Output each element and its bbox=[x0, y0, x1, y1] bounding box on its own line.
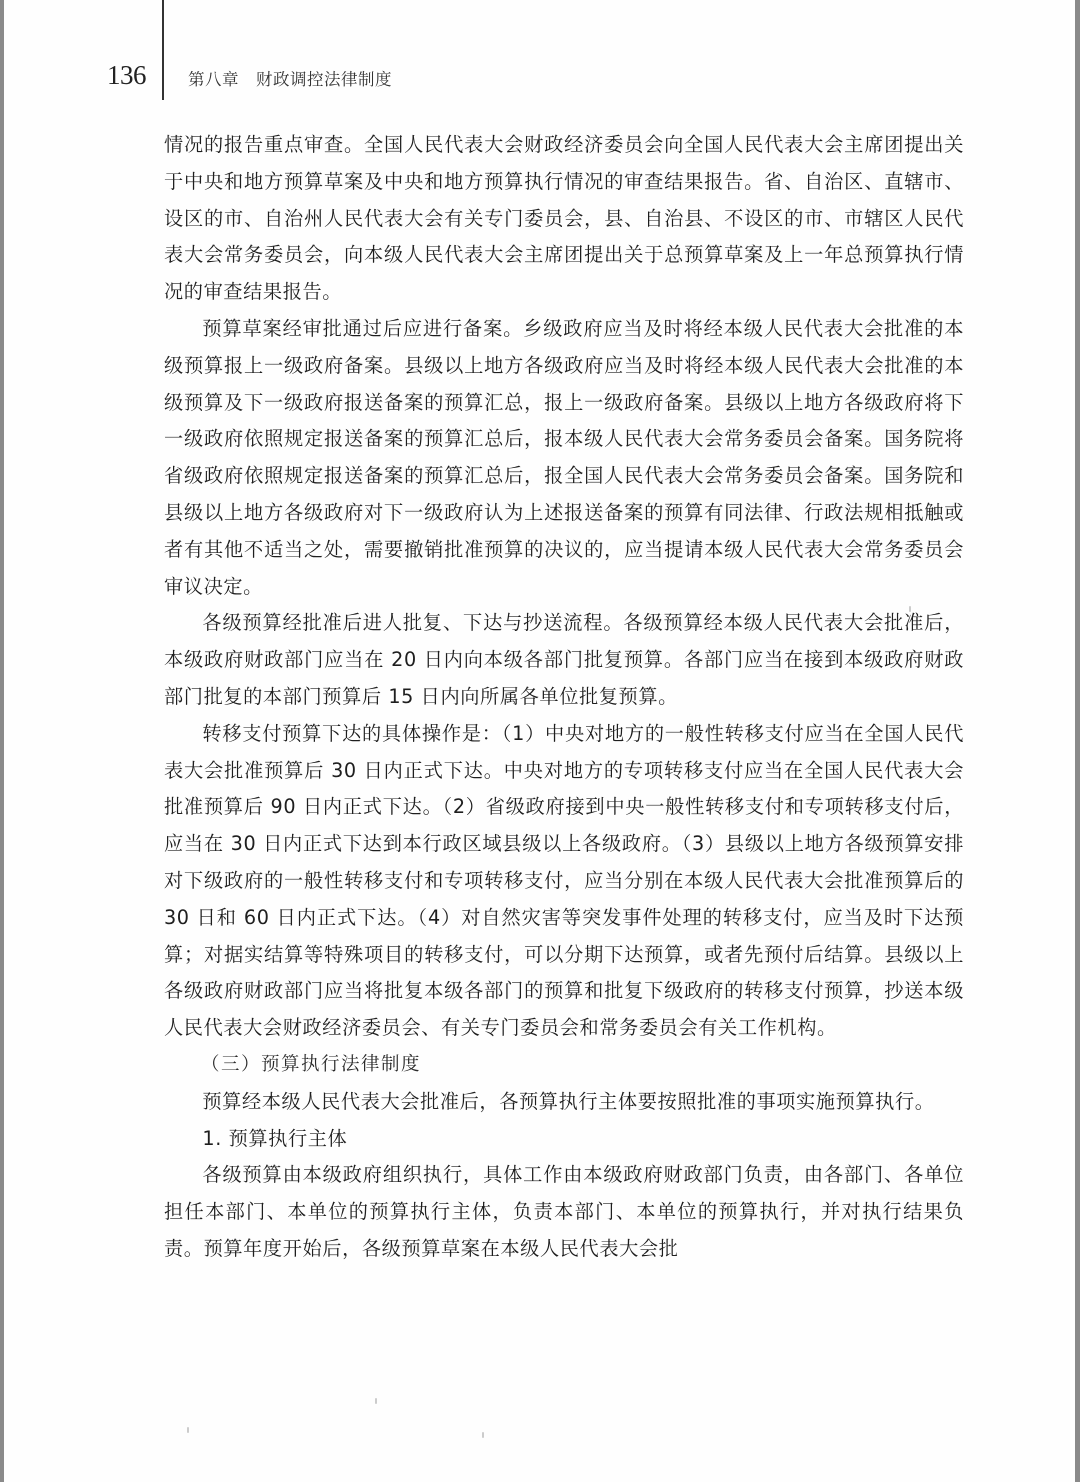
scan-speck bbox=[482, 1432, 484, 1438]
paragraph-budget-filing: 预算草案经审批通过后应进行备案。乡级政府应当及时将经本级人民代表大会批准的本级预… bbox=[164, 311, 964, 605]
book-page: 136 第八章 财政调控法律制度 情况的报告重点审查。全国人民代表大会财政经济委… bbox=[4, 0, 1075, 1482]
scan-speck bbox=[909, 606, 911, 612]
paragraph-transfer-payments: 转移支付预算下达的具体操作是：（1）中央对地方的一般性转移支付应当在全国人民代表… bbox=[164, 716, 964, 1047]
body-text: 情况的报告重点审查。全国人民代表大会财政经济委员会向全国人民代表大会主席团提出关… bbox=[164, 127, 964, 1268]
section-heading-budget-execution: （三）预算执行法律制度 bbox=[164, 1047, 964, 1084]
scan-speck bbox=[375, 1398, 377, 1404]
paragraph-approval-process: 各级预算经批准后进人批复、下达与抄送流程。各级预算经本级人民代表大会批准后，本级… bbox=[164, 605, 964, 715]
scan-speck bbox=[187, 1427, 189, 1433]
paragraph-review-reports: 情况的报告重点审查。全国人民代表大会财政经济委员会向全国人民代表大会主席团提出关… bbox=[164, 127, 964, 311]
running-head-chapter-title: 第八章 财政调控法律制度 bbox=[188, 66, 392, 90]
page-number: 136 bbox=[107, 60, 146, 91]
paragraph-execution-subject: 各级预算由本级政府组织执行，具体工作由本级政府财政部门负责，由各部门、各单位担任… bbox=[164, 1157, 964, 1267]
paragraph-execution-intro: 预算经本级人民代表大会批准后，各预算执行主体要按照批准的事项实施预算执行。 bbox=[164, 1084, 964, 1121]
header-divider bbox=[162, 0, 164, 100]
sub-heading-execution-subject: 1. 预算执行主体 bbox=[164, 1121, 964, 1158]
